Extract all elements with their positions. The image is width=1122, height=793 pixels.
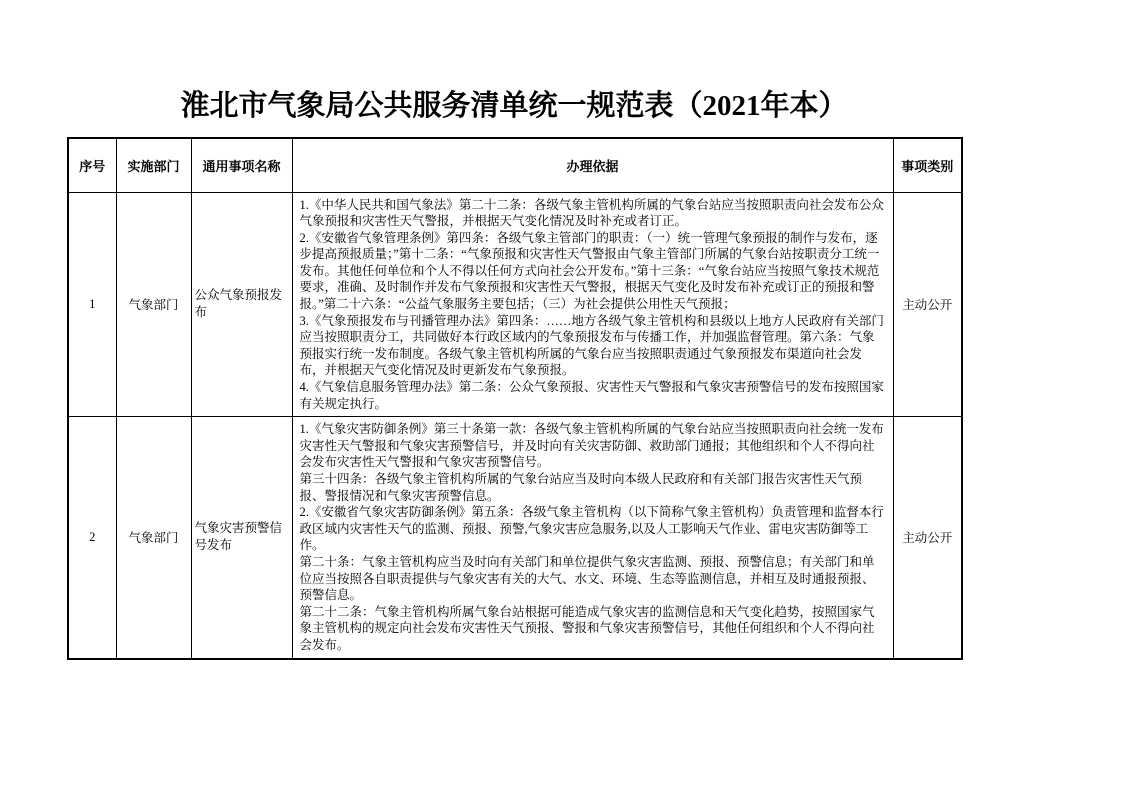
- basis-paragraph: 第三十四条：各级气象主管机构所属的气象台站应当及时向本级人民政府和有关部门报告灾…: [300, 471, 887, 504]
- basis-paragraph: 第二十二条：气象主管机构所属气象台站根据可能造成气象灾害的监测信息和天气变化趋势…: [300, 604, 887, 654]
- cell-category: 主动公开: [893, 192, 962, 417]
- cell-basis: 1.《中华人民共和国气象法》第二十二条：各级气象主管机构所属的气象台站应当按照职…: [292, 192, 893, 417]
- cell-department: 气象部门: [116, 417, 191, 659]
- cell-item-name: 气象灾害预警信号发布: [191, 417, 292, 659]
- cell-category: 主动公开: [893, 417, 962, 659]
- table-header-row: 序号 实施部门 通用事项名称 办理依据 事项类别: [68, 138, 962, 192]
- document-page: 淮北市气象局公共服务清单统一规范表（2021年本） 序号 实施部门 通用事项名称…: [0, 0, 1122, 793]
- basis-paragraph: 第二十条：气象主管机构应当及时向有关部门和单位提供气象灾害监测、预报、预警信息；…: [300, 554, 887, 604]
- col-header-category: 事项类别: [893, 138, 962, 192]
- basis-paragraph: 3.《气象预报发布与刊播管理办法》第四条：……地方各级气象主管机构和县级以上地方…: [300, 313, 887, 379]
- cell-department: 气象部门: [116, 192, 191, 417]
- service-list-table: 序号 实施部门 通用事项名称 办理依据 事项类别 1 气象部门 公众气象预报发布…: [67, 137, 963, 660]
- col-header-seq: 序号: [68, 138, 116, 192]
- page-title: 淮北市气象局公共服务清单统一规范表（2021年本）: [67, 83, 961, 124]
- cell-basis: 1.《气象灾害防御条例》第三十条第一款：各级气象主管机构所属的气象台站应当按照职…: [292, 417, 893, 659]
- basis-paragraph: 1.《中华人民共和国气象法》第二十二条：各级气象主管机构所属的气象台站应当按照职…: [300, 197, 887, 230]
- cell-seq: 2: [68, 417, 116, 659]
- basis-paragraph: 1.《气象灾害防御条例》第三十条第一款：各级气象主管机构所属的气象台站应当按照职…: [300, 421, 887, 471]
- col-header-department: 实施部门: [116, 138, 191, 192]
- col-header-basis: 办理依据: [292, 138, 893, 192]
- cell-item-name: 公众气象预报发布: [191, 192, 292, 417]
- basis-paragraph: 2.《安徽省气象管理条例》第四条：各级气象主管部门的职责：（一）统一管理气象预报…: [300, 230, 887, 313]
- col-header-item-name: 通用事项名称: [191, 138, 292, 192]
- basis-paragraph: 2.《安徽省气象灾害防御条例》第五条：各级气象主管机构（以下简称气象主管机构）负…: [300, 504, 887, 554]
- cell-seq: 1: [68, 192, 116, 417]
- table-row: 2 气象部门 气象灾害预警信号发布 1.《气象灾害防御条例》第三十条第一款：各级…: [68, 417, 962, 659]
- basis-paragraph: 4.《气象信息服务管理办法》第二条：公众气象预报、灾害性天气警报和气象灾害预警信…: [300, 379, 887, 412]
- table-row: 1 气象部门 公众气象预报发布 1.《中华人民共和国气象法》第二十二条：各级气象…: [68, 192, 962, 417]
